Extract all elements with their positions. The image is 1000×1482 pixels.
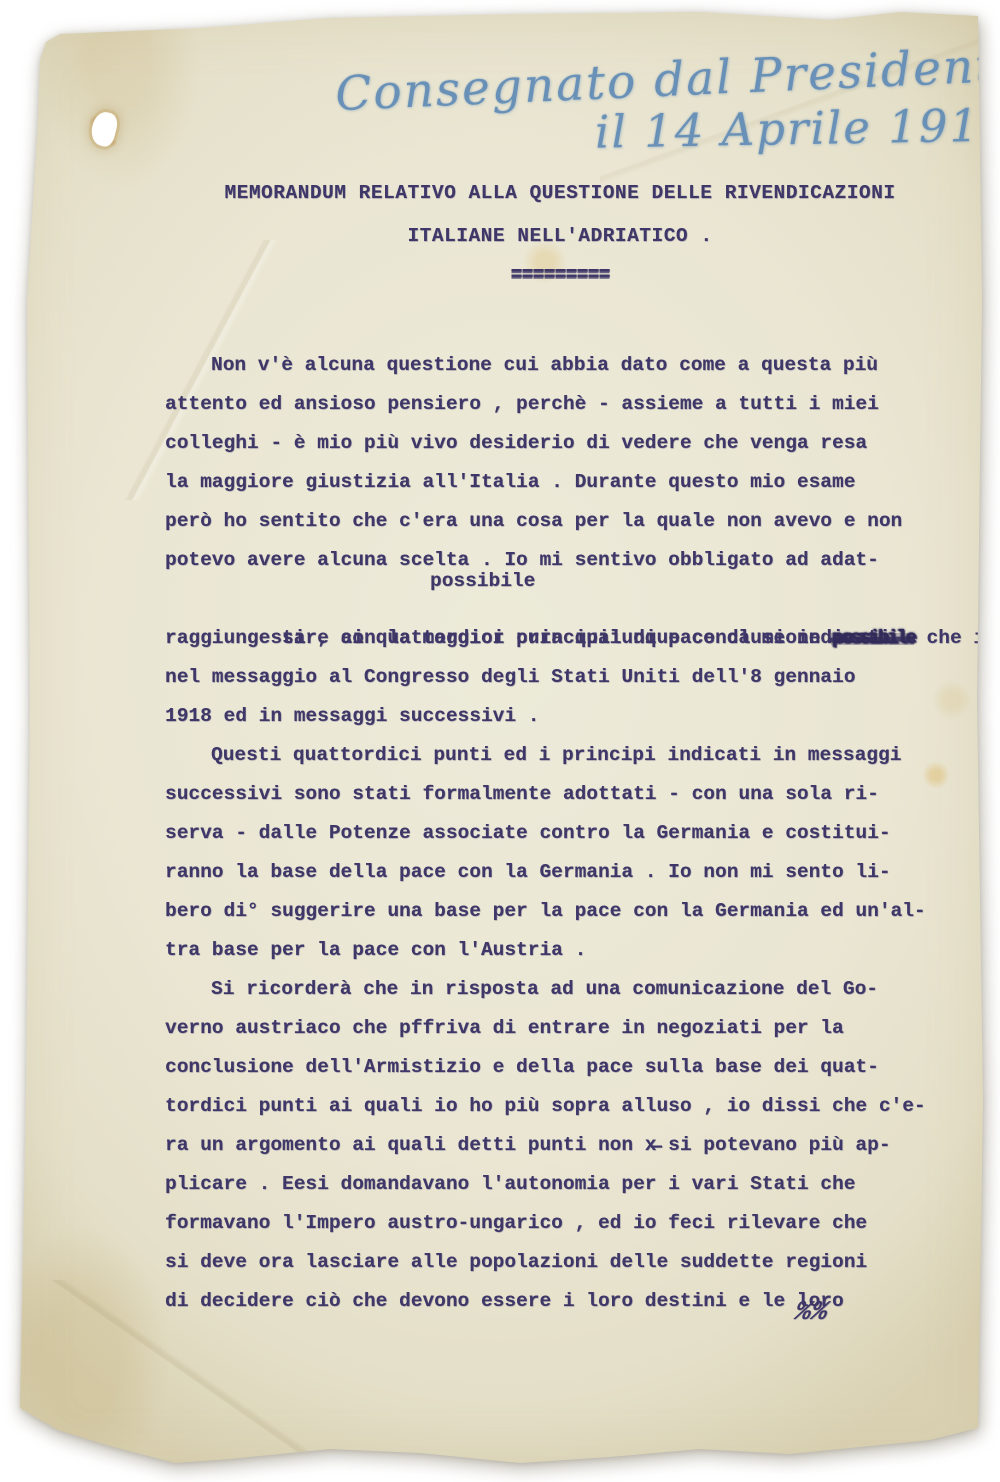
page-continuation-mark: %% xyxy=(792,1298,831,1328)
typed-line: verno austriaco che pffriva di entrare i… xyxy=(165,1009,955,1048)
typed-line: ranno la base della pace con la Germania… xyxy=(165,853,955,892)
paper-hole xyxy=(88,110,120,149)
typed-line: però ho sentito che c'era una cosa per l… xyxy=(165,502,955,541)
typed-line: si deve ora lasciare alle popolazioni de… xyxy=(165,1243,955,1282)
typed-line: nel messaggio al Congresso degli Stati U… xyxy=(165,658,955,697)
typed-line: plicare . Eesi domandavano l'autonomia p… xyxy=(165,1165,955,1204)
typed-line: potevo avere alcuna scelta . Io mi senti… xyxy=(165,541,955,580)
typed-line: colleghi - è mio più vivo desiderio di v… xyxy=(165,424,955,463)
typed-line: tordici punti ai quali io ho più sopra a… xyxy=(165,1087,955,1126)
paper-sheet: Consegnato dal Presidente Wilson il 14 A… xyxy=(0,0,1000,1482)
typed-line: formavano l'Impero austro-ungarico , ed … xyxy=(165,1204,955,1243)
typed-line: Non v'è alcuna questione cui abbia dato … xyxy=(165,346,955,385)
typed-line: conclusione dell'Armistizio e della pace… xyxy=(165,1048,955,1087)
typed-line: attento ed ansioso pensiero , perchè - a… xyxy=(165,385,955,424)
paper-shadow: Consegnato dal Presidente Wilson il 14 A… xyxy=(0,0,1000,1482)
typed-line: successivi sono stati formalmente adotta… xyxy=(165,775,955,814)
memo-title: MEMORANDUM RELATIVO ALLA QUESTIONE DELLE… xyxy=(165,172,955,294)
title-divider: ========= xyxy=(165,258,955,294)
line-segment: che io xyxy=(915,627,997,649)
handwritten-annotation-line2: il 14 Aprile 1919 xyxy=(595,98,1000,158)
typed-line: Questi quattordici punti ed i principi i… xyxy=(165,736,955,775)
typed-line: tra base per la pace con l'Austria . xyxy=(165,931,955,970)
title-line-2: ITALIANE NELL'ADRIATICO . xyxy=(165,215,955,258)
typed-line: ra un argomento ai quali detti punti non… xyxy=(165,1126,955,1165)
typed-line: 1918 ed in messaggi successivi . xyxy=(165,697,955,736)
struck-out-word: possibile xyxy=(832,627,915,649)
title-line-1: MEMORANDUM RELATIVO ALLA QUESTIONE DELLE… xyxy=(165,172,955,215)
memo-body: Non v'è alcuna questione cui abbia dato … xyxy=(165,346,955,1321)
line-segment: tare con la maggior cura qualunque concl… xyxy=(282,627,832,649)
document-scan: Consegnato dal Presidente Wilson il 14 A… xyxy=(0,0,1000,1482)
typed-line: la maggiore giustizia all'Italia . Duran… xyxy=(165,463,955,502)
interline-insertion: possibile xyxy=(430,572,535,591)
typed-line-with-correction: possibiletare con la maggior cura qualun… xyxy=(165,580,955,619)
typed-line: bero di° suggerire una base per la pace … xyxy=(165,892,955,931)
typed-line: Si ricorderà che in risposta ad una comu… xyxy=(165,970,955,1009)
typed-line: di decidere ciò che devono essere i loro… xyxy=(165,1282,955,1321)
typed-line: serva - dalle Potenze associate contro l… xyxy=(165,814,955,853)
